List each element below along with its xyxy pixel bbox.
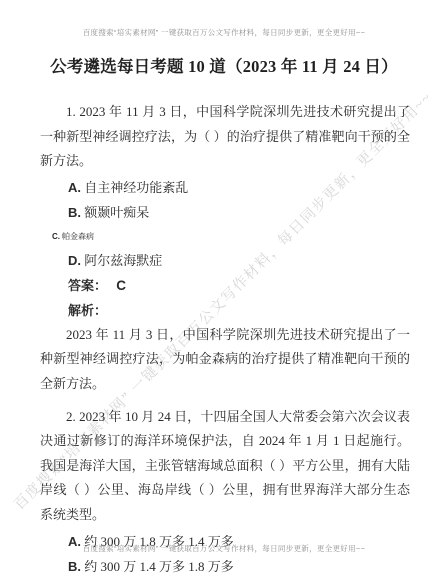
question-1-analysis-label-line: 解析： xyxy=(68,298,410,323)
page-title: 公考遴选每日考题 10 道（2023 年 11 月 24 日） xyxy=(0,53,448,77)
answer-value: C xyxy=(116,278,126,293)
option-text: 自主神经功能紊乱 xyxy=(84,180,188,195)
question-1-analysis-text: 2023 年 11 月 3 日，中国科学院深圳先进技术研究提出了一种新型神经调控… xyxy=(40,323,410,397)
answer-label: 答案： xyxy=(68,278,107,293)
question-1-option-c: C. 帕金森病 xyxy=(52,225,410,248)
footer-note: 百度搜索“培实素材网” 一键获取百万公文写作材料，每日同步更新，更全更好用~~ xyxy=(0,543,448,554)
option-label: A. xyxy=(68,180,81,195)
option-text: 帕金森病 xyxy=(62,232,94,241)
document-body: 1. 2023 年 11 月 3 日，中国科学院深圳先进技术研究提出了一种新型神… xyxy=(0,88,448,579)
question-1-answer-line: 答案： C xyxy=(68,273,410,298)
header-note: 百度搜索“培实素材网” 一键获取百万公文写作材料，每日同步更新，更全更好用~~ xyxy=(0,0,448,38)
option-text: 阿尔兹海默症 xyxy=(84,253,162,268)
question-1-option-b: B. 额颞叶痴呆 xyxy=(68,200,410,225)
option-text: 约 300 万 1.4 万多 1.8 万多 xyxy=(84,559,234,574)
question-1-option-a: A. 自主神经功能紊乱 xyxy=(68,175,410,200)
question-2-stem: 2. 2023 年 10 月 24 日，十四届全国人大常委会第六次会议表决通过新… xyxy=(40,405,410,528)
option-label: C. xyxy=(52,232,60,241)
option-label: D. xyxy=(68,253,81,268)
document-page: 百度搜索“培实素材网” 一键获取百万公文写作材料，每日同步更新，更全更好用~~ … xyxy=(0,0,448,580)
question-1-option-d: D. 阿尔兹海默症 xyxy=(68,248,410,273)
question-2-option-b: B. 约 300 万 1.4 万多 1.8 万多 xyxy=(68,554,410,579)
analysis-label: 解析： xyxy=(68,303,107,318)
option-label: B. xyxy=(68,205,81,220)
option-text: 额颞叶痴呆 xyxy=(84,205,149,220)
question-1-stem: 1. 2023 年 11 月 3 日，中国科学院深圳先进技术研究提出了一种新型神… xyxy=(40,100,410,174)
option-label: B. xyxy=(68,559,81,574)
